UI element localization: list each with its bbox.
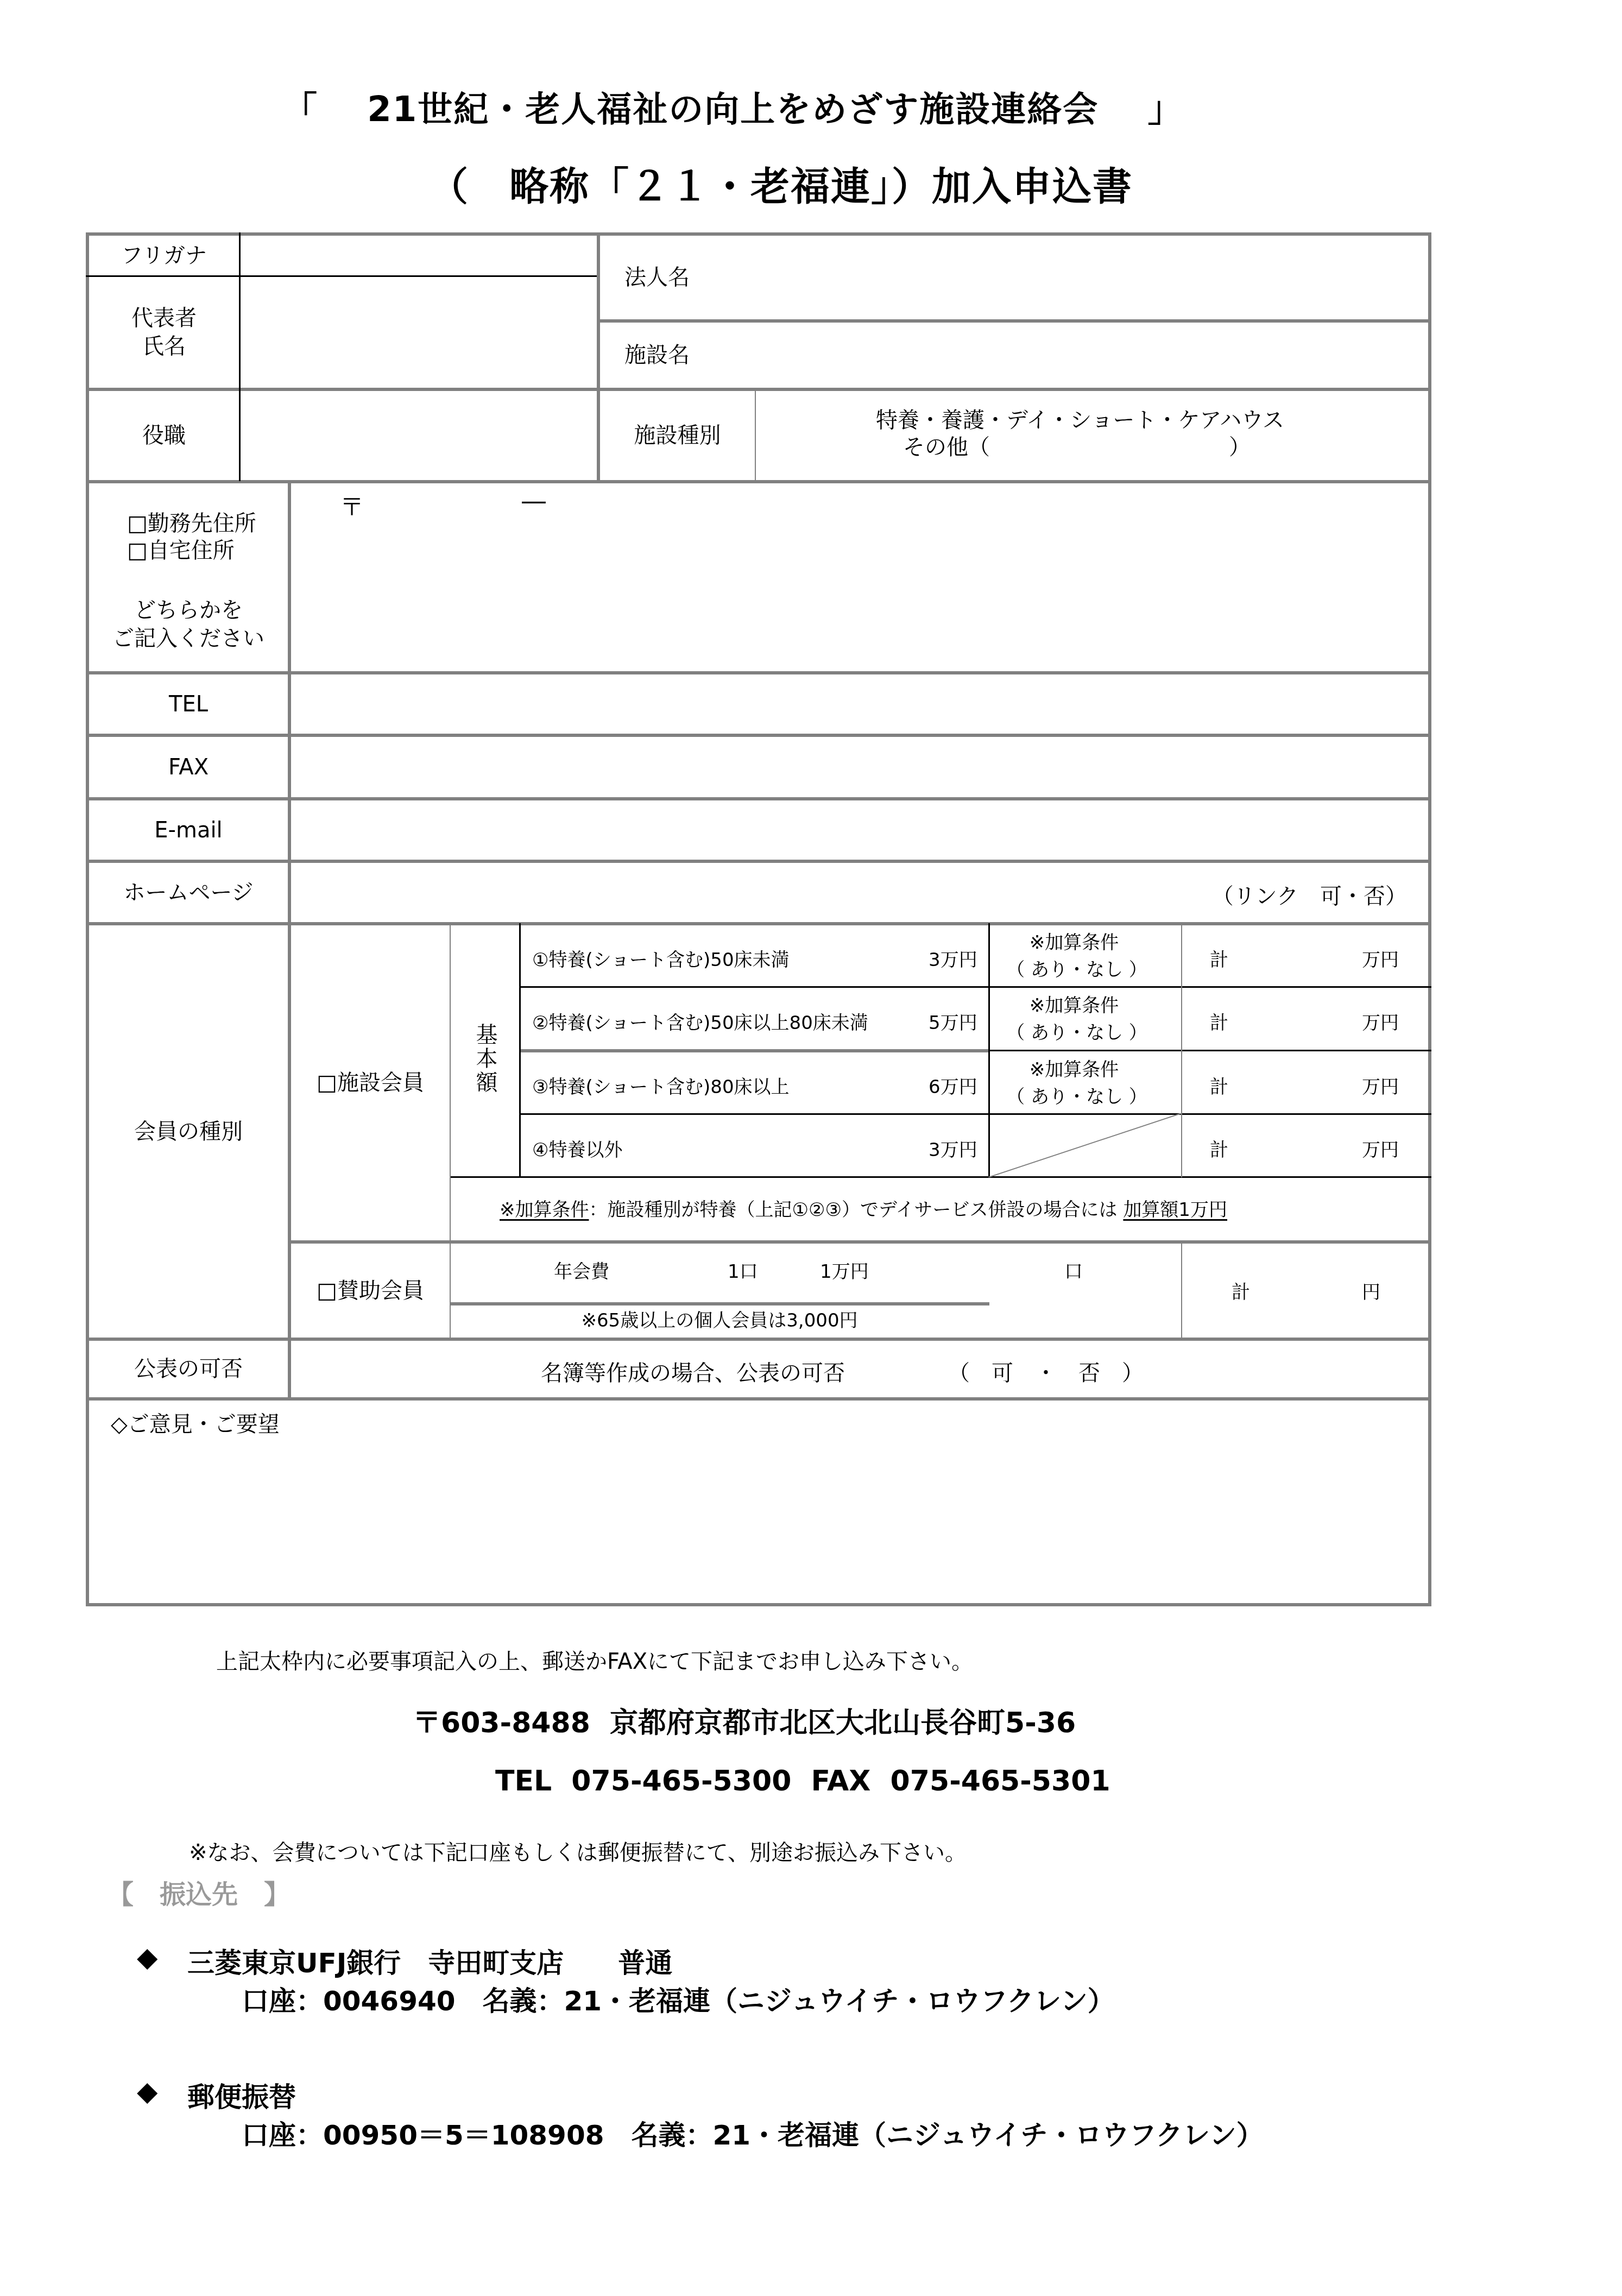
publication-label: 公表の可否 [89,1341,288,1397]
address-option-work[interactable]: □勤務先住所 [127,506,256,537]
surcharge-note-body: ：施設種別が特養（上記①②③）でデイサービス併設の場合には [589,1199,1124,1221]
supporting-note: ※65歳以上の個人会員は3,000円 [451,1304,988,1337]
tel-label: TEL [89,674,288,734]
postal-code-dash: ― [522,488,546,515]
address-label-cell: □勤務先住所 □自宅住所 どちらかを ご記入ください [89,483,288,671]
contact-numbers: TEL 075-465-5300 FAX 075-465-5301 [495,1765,1110,1797]
membership-type-label: 会員の種別 [89,925,288,1338]
surcharge-note-amount: 加算額1万円 [1123,1199,1227,1221]
facility-member-option[interactable]: □施設会員 [291,925,450,1240]
total-label: 計 [1210,1135,1228,1162]
bank-account: 口座：0046940 名義：21・老福連（ニジュウイチ・ロウフクレン） [242,1979,1115,2019]
position-field[interactable] [242,391,596,480]
homepage-field[interactable]: （リンク 可・否） [291,863,1429,922]
fee-desc: ④特養以外 [532,1135,622,1162]
postal-mark-icon: 〒 [340,488,364,522]
position-label: 役職 [89,391,239,480]
surcharge-choice[interactable]: （ あり・なし ） [998,1082,1156,1108]
facility-type-other[interactable]: その他（ ） [903,430,1251,461]
facility-type-label: 施設種別 [600,391,755,480]
furigana-field[interactable] [242,236,596,275]
postal-transfer-account: 口座：00950＝5＝108908 名義：21・老福連（ニジュウイチ・ロウフクレ… [242,2114,1264,2153]
publication-choice[interactable]: （ 可 ・ 否 ） [948,1356,1144,1387]
fee-desc: ①特養(ショート含む)50床未満 [532,945,790,972]
facility-type-selector[interactable]: 特養・養護・デイ・ショート・ケアハウス その他（ ） [756,391,1430,480]
surcharge-note: ※加算条件：施設種別が特養（上記①②③）でデイサービス併設の場合には 加算額1万… [500,1195,1423,1221]
form-subtitle: （ 略称「２１・老福連」）加入申込書 [429,155,1189,211]
surcharge-note-prefix: ※加算条件 [500,1199,589,1221]
total-unit: 万円 [1362,1008,1399,1035]
base-amount-label: 基本額 [451,1005,519,1113]
address-field[interactable]: 〒 ― [291,483,1429,671]
bank-name: 三菱東京UFJ銀行 寺田町支店 普通 [187,1941,672,1980]
facility-type-options[interactable]: 特養・養護・デイ・ショート・ケアハウス [876,403,1284,434]
fee-desc: ③特養(ショート含む)80床以上 [532,1072,790,1099]
fax-field[interactable] [291,737,1429,797]
fee-row: ①特養(ショート含む)50床未満 3万円 ※加算条件 （ あり・なし ） 計 万… [520,923,1431,986]
mailing-address: 〒603-8488 京都府京都市北区大北山長谷町5-36 [413,1700,1076,1740]
fee-amount: 3万円 [929,1135,977,1162]
divider [755,389,756,481]
furigana-label: フリガナ [89,236,239,275]
fee-row: ③特養(ショート含む)80床以上 6万円 ※加算条件 （ あり・なし ） 計 万… [520,1050,1431,1113]
fee-amount: 6万円 [929,1072,977,1099]
bullet-diamond-icon: ◆ [137,1941,157,1973]
tel-field[interactable] [291,674,1429,734]
comments-field[interactable]: ◇ご意見・ご要望 [89,1401,1429,1603]
supporting-total-unit: 円 [1362,1277,1380,1304]
total-unit: 万円 [1362,1135,1399,1162]
postal-transfer-name: 郵便振替 [187,2076,296,2115]
homepage-label: ホームページ [89,863,288,922]
address-hint: どちらかを ご記入ください [89,595,288,654]
fee-payment-note: ※なお、会費については下記口座もしくは郵便振替にて、別途お振込み下さい。 [189,1835,967,1866]
publication-text: 名簿等作成の場合、公表の可否 [541,1356,845,1387]
email-label: E-mail [89,800,288,860]
fee-desc: ②特養(ショート含む)50床以上80床未満 [532,1008,868,1035]
fee-amount: 5万円 [929,1008,977,1035]
facility-name-field[interactable] [706,323,1428,388]
supporting-count-field[interactable] [820,1254,972,1292]
divider [451,1176,1431,1178]
representative-label: 代表者 氏名 [89,277,239,388]
transfer-heading: 【 振込先 】 [108,1874,290,1911]
surcharge-title: ※加算条件 [1020,991,1128,1017]
bullet-diamond-icon: ◆ [137,2076,157,2107]
fee-amount: 3万円 [929,945,977,972]
total-label: 計 [1210,945,1228,972]
form-title: 「 21世紀・老人福祉の向上をめざす施設連絡会 」 [282,81,1314,131]
supporting-total-cell[interactable]: 計 円 [1183,1244,1430,1338]
instruction-text: 上記太枠内に必要事項記入の上、郵送かFAXにて下記までお申し込み下さい。 [216,1644,973,1675]
supporting-total-label: 計 [1232,1277,1250,1304]
surcharge-choice[interactable]: （ あり・なし ） [998,1018,1156,1044]
total-label: 計 [1210,1008,1228,1035]
corporation-name-field[interactable] [706,236,1428,319]
publication-cell: 名簿等作成の場合、公表の可否 （ 可 ・ 否 ） [291,1341,1429,1397]
surcharge-title: ※加算条件 [1020,928,1128,954]
email-field[interactable] [291,800,1429,860]
comments-label: ◇ご意見・ご要望 [111,1407,280,1438]
supporting-fee-label: 年会費 [554,1257,609,1283]
supporting-member-option[interactable]: □賛助会員 [291,1244,450,1338]
fee-row: ②特養(ショート含む)50床以上80床未満 5万円 ※加算条件 （ あり・なし … [520,986,1431,1050]
divider [239,232,241,481]
total-unit: 万円 [1362,945,1399,972]
homepage-link-option[interactable]: （リンク 可・否） [1212,879,1407,910]
address-option-home[interactable]: □自宅住所 [127,533,235,564]
surcharge-title: ※加算条件 [1020,1055,1128,1081]
representative-name-field[interactable] [242,277,596,388]
supporting-count-unit: 口 [1064,1257,1083,1283]
fee-row: ④特養以外 3万円 計 万円 [520,1113,1431,1176]
total-label: 計 [1210,1072,1228,1099]
surcharge-choice[interactable]: （ あり・なし ） [998,955,1156,981]
fax-label: FAX [89,737,288,797]
divider [1181,1242,1182,1339]
total-unit: 万円 [1362,1072,1399,1099]
supporting-unit: 1口 [728,1257,758,1283]
